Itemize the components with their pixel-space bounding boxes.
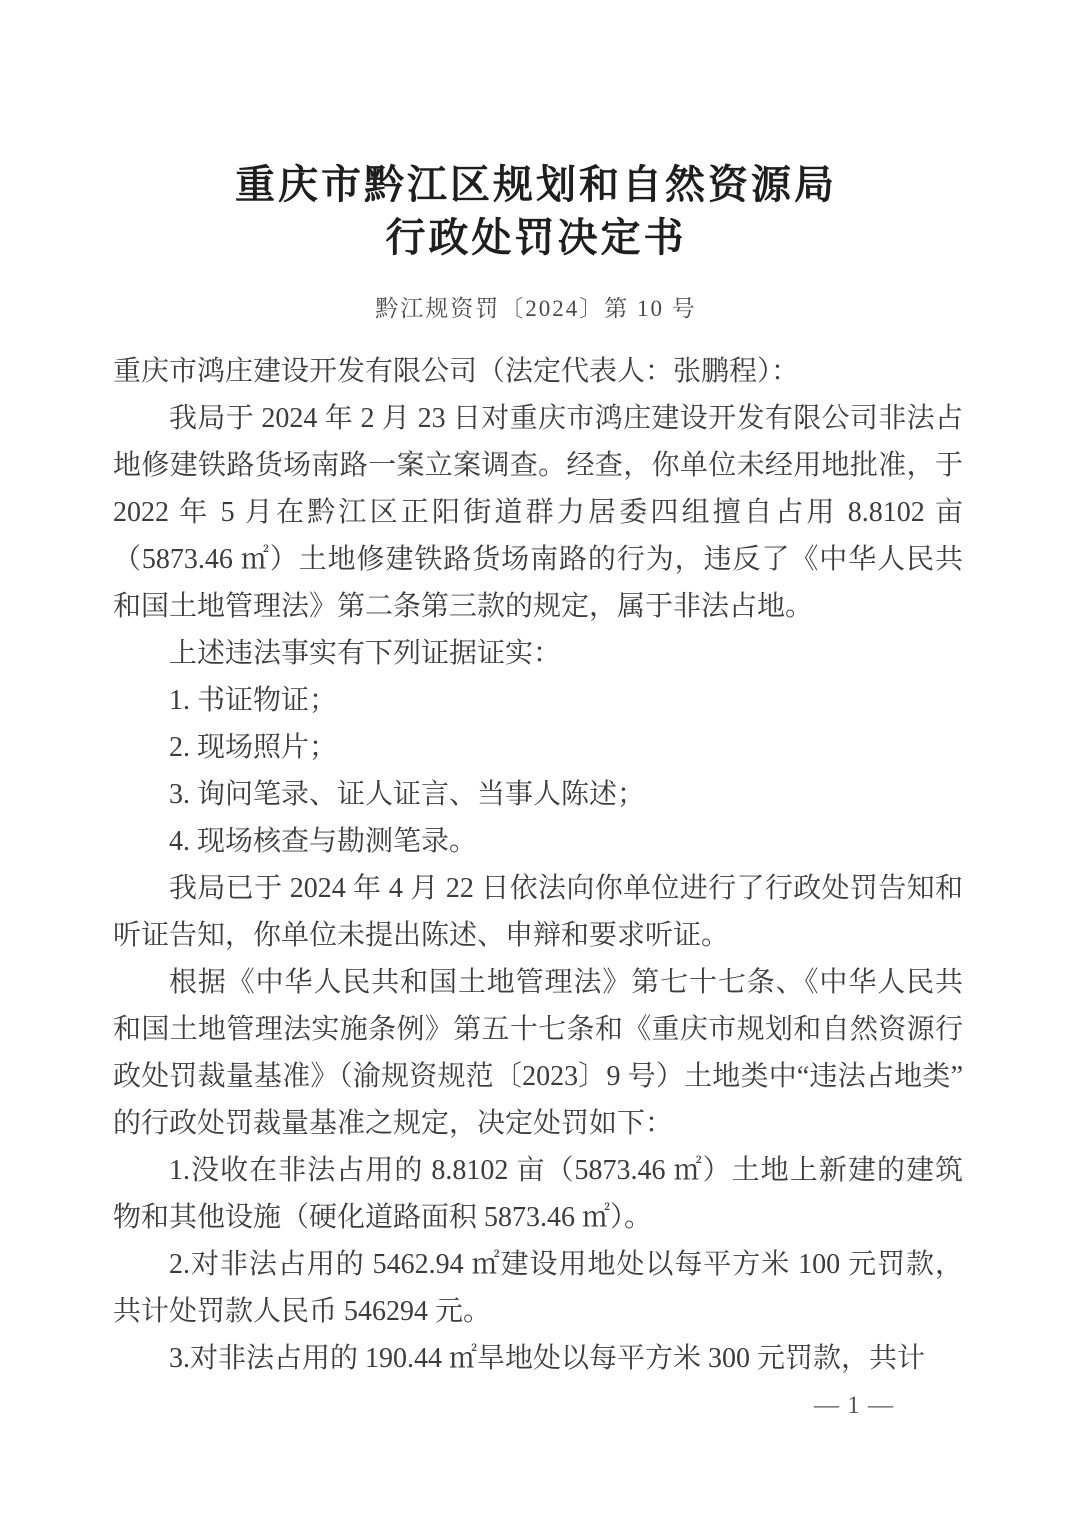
evidence-item-3: 3. 询问笔录、证人证言、当事人陈述；: [113, 771, 963, 818]
document-number: 黔江规资罚〔2024〕第 10 号: [0, 290, 1072, 323]
title-line-2: 行政处罚决定书: [0, 211, 1072, 264]
salutation: 重庆市鸿庄建设开发有限公司（法定代表人：张鹏程）：: [113, 348, 963, 395]
penalty-item-3: 3.对非法占用的 190.44 ㎡旱地处以每平方米 300 元罚款，共计: [113, 1335, 963, 1382]
document-page: 重庆市黔江区规划和自然资源局 行政处罚决定书 黔江规资罚〔2024〕第 10 号…: [0, 0, 1072, 1531]
page-number: — 1 —: [814, 1392, 894, 1420]
paragraph-evidence-intro: 上述违法事实有下列证据证实：: [113, 630, 963, 677]
title-line-1: 重庆市黔江区规划和自然资源局: [0, 158, 1072, 211]
document-body: 重庆市鸿庄建设开发有限公司（法定代表人：张鹏程）： 我局于 2024 年 2 月…: [113, 348, 963, 1382]
evidence-item-4: 4. 现场核查与勘测笔录。: [113, 818, 963, 865]
paragraph-legal-basis: 根据《中华人民共和国土地管理法》第七十七条、《中华人民共和国土地管理法实施条例》…: [113, 959, 963, 1147]
evidence-item-1: 1. 书证物证；: [113, 677, 963, 724]
evidence-item-2: 2. 现场照片；: [113, 724, 963, 771]
penalty-item-2: 2.对非法占用的 5462.94 ㎡建设用地处以每平方米 100 元罚款，共计处…: [113, 1241, 963, 1335]
paragraph-notification: 我局已于 2024 年 4 月 22 日依法向你单位进行了行政处罚告知和听证告知…: [113, 865, 963, 959]
paragraph-facts: 我局于 2024 年 2 月 23 日对重庆市鸿庄建设开发有限公司非法占地修建铁…: [113, 395, 963, 630]
document-title: 重庆市黔江区规划和自然资源局 行政处罚决定书: [0, 0, 1072, 264]
penalty-item-1: 1.没收在非法占用的 8.8102 亩（5873.46 ㎡）土地上新建的建筑物和…: [113, 1147, 963, 1241]
